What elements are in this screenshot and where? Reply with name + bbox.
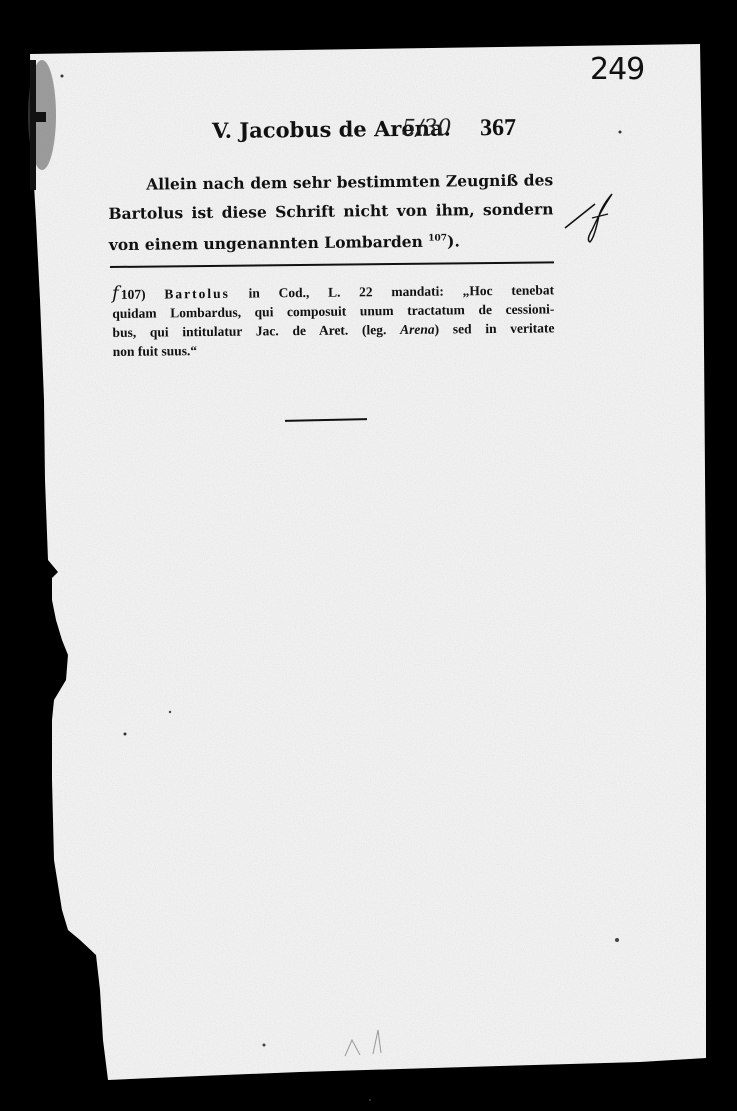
footnote-handwritten-marker: f xyxy=(112,283,119,304)
body-line: Allein nach dem sehr bestimmten Zeugniß … xyxy=(108,165,553,199)
footnote-italic-word: Arena xyxy=(400,322,435,337)
page-number: 367 xyxy=(480,115,516,142)
footnote-reference: 107 xyxy=(428,233,447,243)
pencil-annotation: 5/30 xyxy=(402,115,452,141)
footnote: f107) Bartolus in Cod., L. 22 mandati: „… xyxy=(112,279,555,361)
footnote-number: 107) xyxy=(121,287,146,302)
body-closing: ). xyxy=(447,231,460,250)
handwritten-folio-number: 249 xyxy=(590,52,644,87)
body-paragraph: Allein nach dem sehr bestimmten Zeugniß … xyxy=(108,165,554,259)
body-line-last: von einem ungenannten Lombarden 107). xyxy=(109,223,554,259)
body-line-text: von einem ungenannten Lombarden xyxy=(109,232,423,254)
footnote-separator-rule xyxy=(110,261,554,268)
page-text: 249 V. Jacobus de Arena. 5/30 367 Allein… xyxy=(0,0,737,1111)
end-of-section-rule xyxy=(285,418,367,422)
footnote-text: ) sed in veritate xyxy=(435,320,555,336)
footnote-text: bus, qui intitulatur Jac. de Aret. (leg. xyxy=(112,322,400,340)
body-line: Bartolus ist diese Schrift nicht von ihm… xyxy=(108,194,553,228)
footnote-line: non fuit suus.“ xyxy=(113,337,555,361)
footnote-author: Bartolus xyxy=(164,286,230,302)
running-heading: V. Jacobus de Arena. 5/30 367 xyxy=(212,115,451,143)
footnote-text: in Cod., L. 22 mandati: „Hoc tenebat xyxy=(230,282,554,300)
margin-annotation-icon xyxy=(560,190,630,250)
scanned-page-viewport: 249 V. Jacobus de Arena. 5/30 367 Allein… xyxy=(0,0,737,1111)
